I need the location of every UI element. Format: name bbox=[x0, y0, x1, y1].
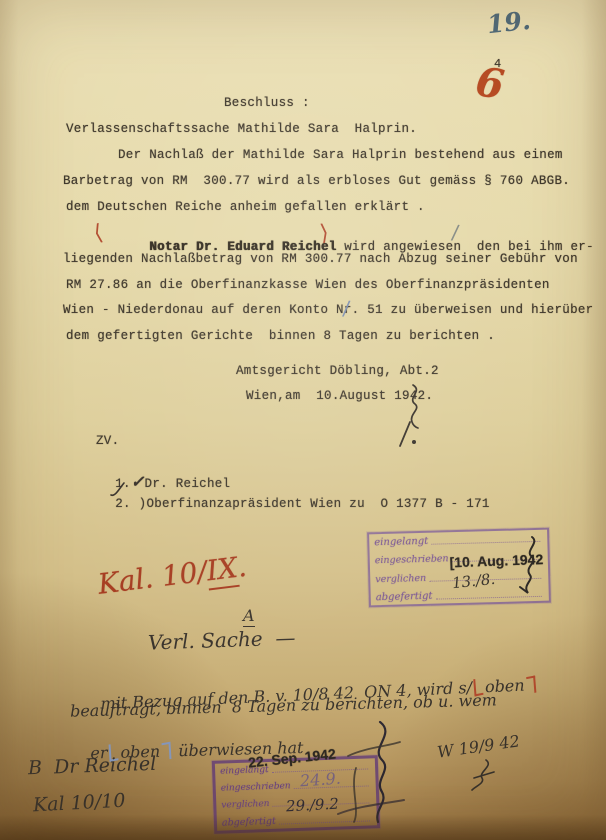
para1-line1: Der Nachlaß der Mathilde Sara Halprin be… bbox=[118, 148, 563, 162]
para2-line4: Wien - Niederdonau auf deren Konto Nr. 5… bbox=[63, 303, 593, 317]
red-bracket-close-shape bbox=[526, 675, 536, 694]
paraph-slash-dot bbox=[396, 420, 422, 450]
file-number-red: 6 bbox=[473, 58, 507, 108]
zv-label: ZV. bbox=[96, 434, 119, 448]
tick-on-item2 bbox=[108, 481, 128, 501]
stamp2-signature-flourish bbox=[330, 718, 410, 828]
court-line: Amtsgericht Döbling, Abt.2 bbox=[236, 364, 439, 378]
list-item-2: 2. )Oberfinanzapräsident Wien zu O 1377 … bbox=[84, 483, 490, 525]
para1-line3: dem Deutschen Reiche anheim gefallen erk… bbox=[66, 200, 425, 214]
stamp1-initial-squiggle bbox=[518, 535, 542, 597]
paraph-under-date-note bbox=[468, 758, 498, 792]
page-number-pencil: 19. bbox=[486, 6, 532, 39]
document-scan: 19. 4 6 Beschluss : Verlassenschaftssach… bbox=[0, 0, 606, 840]
letter-a-mark: A bbox=[243, 606, 255, 627]
verl-sache-line: Verl. Sache — bbox=[148, 625, 296, 654]
signature-dr-reichel: B Dr Reichel bbox=[28, 753, 157, 779]
blue-bracket-close-shape bbox=[162, 742, 172, 761]
red-bracket-open-mark: ⟨ bbox=[91, 220, 105, 246]
para2-line5: dem gefertigten Gerichte binnen 8 Tagen … bbox=[66, 329, 495, 343]
para1-line2: Barbetrag von RM 300.77 wird als erblose… bbox=[63, 174, 570, 188]
para2-line3: RM 27.86 an die Oberfinanzkasse Wien des… bbox=[66, 278, 550, 292]
doc-heading: Beschluss : bbox=[224, 96, 310, 110]
kal-bottom-note: Kal 10/10 bbox=[32, 790, 125, 817]
para2-line2: liegenden Nachlaßbetrag von RM 300.77 na… bbox=[63, 252, 578, 266]
red-kal-note: Kal. 10/IX. bbox=[57, 517, 253, 638]
subject-line: Verlassenschaftssache Mathilde Sara Halp… bbox=[66, 122, 417, 136]
